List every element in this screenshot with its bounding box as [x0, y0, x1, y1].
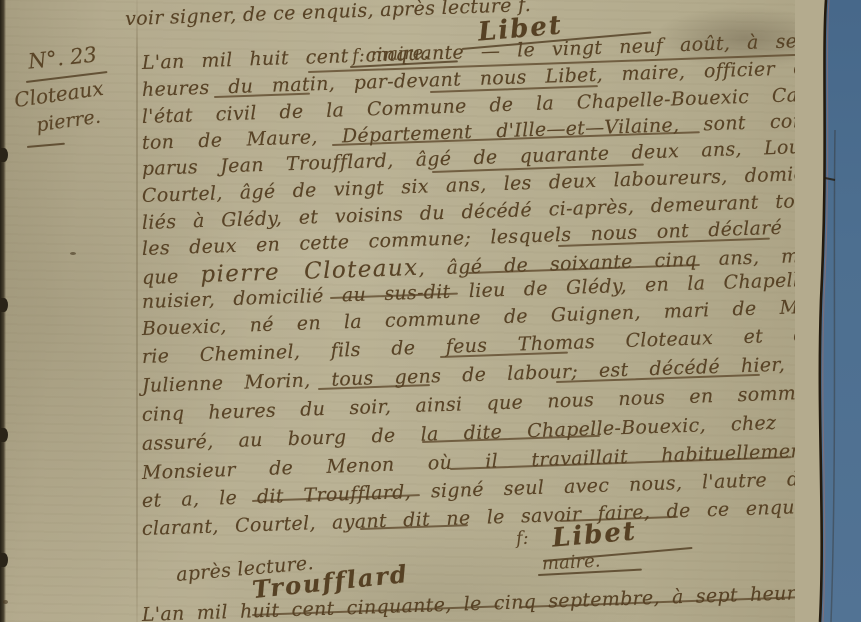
- binding-notch: [0, 428, 8, 442]
- scanned-register-photo: { "document": { "kind": "acte de décès m…: [0, 0, 861, 622]
- ink-speck: [3, 600, 8, 604]
- register-page: voir signer, de ce enquis, après lecture…: [0, 0, 802, 622]
- underlying-page-edge: [831, 130, 835, 622]
- officiant-prefix: f:: [515, 530, 529, 549]
- binding-notch: [0, 553, 8, 567]
- binding-notch: [0, 298, 8, 312]
- deceased-firstname-margin: pierre.: [35, 108, 102, 136]
- mayor-signature-bottom: Libet: [551, 518, 638, 551]
- next-act-first-line: L'an mil huit cent cinquante, le cinq se…: [142, 582, 818, 622]
- margin-dash: [27, 143, 65, 148]
- margin-fold-crease: [136, 0, 138, 622]
- previous-act-last-line: voir signer, de ce enquis, après lecture…: [125, 0, 532, 31]
- page-edge-art: [795, 0, 861, 622]
- binding-notch: [0, 148, 8, 162]
- act-number: N°. 23: [27, 44, 98, 72]
- edge-tick: [825, 178, 835, 180]
- name-line-pre: que: [142, 265, 201, 289]
- ink-speck: [70, 252, 76, 255]
